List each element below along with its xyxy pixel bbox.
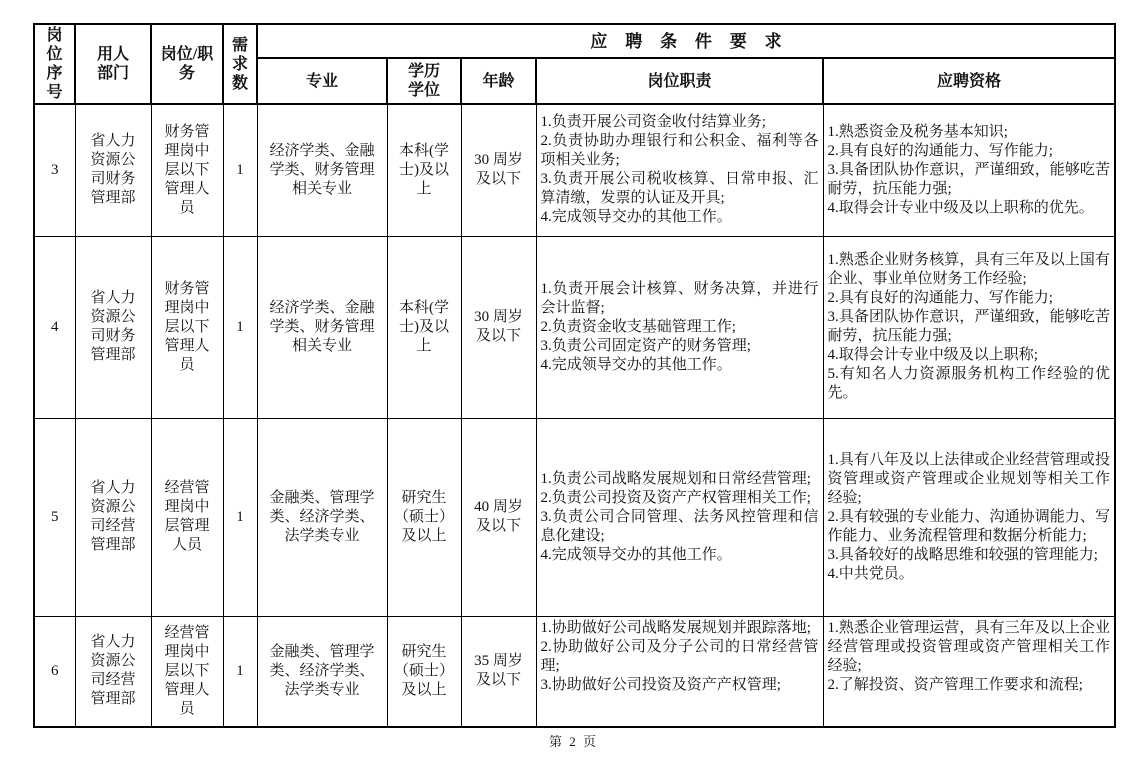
col-header-dept-label: 用人部门 — [95, 45, 130, 83]
qual-item: 3.具备团队协作意识，严谨细致，能够吃苦耐劳，抗压能力强; — [828, 308, 1111, 346]
age-text: 40 周岁及以下 — [470, 498, 527, 536]
cell-major: 经济学类、金融学类、财务管理相关专业 — [257, 236, 387, 418]
qual-item: 4.中共党员。 — [828, 565, 1111, 584]
table-row: 3 省人力资源公司财务管理部 财务管理岗中层以下管理人员 1 经济学类、金融学类… — [34, 104, 1115, 236]
cell-count: 1 — [223, 236, 257, 418]
col-header-degree: 学历学位 — [387, 58, 461, 104]
major-text: 经济学类、金融学类、财务管理相关专业 — [268, 142, 376, 199]
col-header-duties: 岗位职责 — [536, 58, 823, 104]
col-header-seq-label: 岗位序号 — [46, 26, 64, 102]
duty-item: 1.协助做好公司战略发展规划并跟踪落地; — [541, 619, 819, 638]
col-header-age: 年龄 — [461, 58, 536, 104]
position-text: 财务管理岗中层以下管理人员 — [163, 280, 211, 375]
cell-major: 金融类、管理学类、经济学类、法学类专业 — [257, 616, 387, 727]
position-text: 经营管理岗中层管理人员 — [163, 479, 211, 555]
cell-quals: 1.熟悉企业财务核算，具有三年及以上国有企业、事业单位财务工作经验; 2.具有良… — [823, 236, 1115, 418]
cell-count: 1 — [223, 616, 257, 727]
age-text: 35 周岁及以下 — [470, 652, 527, 690]
qual-item: 1.具有八年及以上法律或企业经营管理或投资管理或资产管理或企业规划等相关工作经验… — [828, 451, 1111, 508]
cell-count: 1 — [223, 104, 257, 236]
col-header-count: 需求数 — [223, 24, 257, 104]
cell-age: 30 周岁及以下 — [461, 236, 536, 418]
duty-item: 4.完成领导交办的其他工作。 — [541, 546, 819, 565]
cell-duties: 1.负责开展公司资金收付结算业务; 2.负责协助办理银行和公积金、福利等各项相关… — [536, 104, 823, 236]
cell-age: 40 周岁及以下 — [461, 418, 536, 616]
qual-item: 1.熟悉资金及税务基本知识; — [828, 123, 1111, 142]
cell-quals: 1.熟悉资金及税务基本知识; 2.具有良好的沟通能力、写作能力; 3.具备团队协… — [823, 104, 1115, 236]
qual-item: 2.具有良好的沟通能力、写作能力; — [828, 289, 1111, 308]
cell-major: 金融类、管理学类、经济学类、法学类专业 — [257, 418, 387, 616]
qual-item: 2.了解投资、资产管理工作要求和流程; — [828, 676, 1111, 695]
cell-degree: 本科(学士)及以上 — [387, 104, 461, 236]
recruitment-table: 岗位序号 用人部门 岗位/职务 需求数 应聘条件要求 专业 学历学位 年龄 岗位… — [33, 23, 1116, 728]
qual-item: 4.取得会计专业中级及以上职称; — [828, 346, 1111, 365]
cell-major: 经济学类、金融学类、财务管理相关专业 — [257, 104, 387, 236]
table-row: 6 省人力资源公司经营管理部 经营管理岗中层以下管理人员 1 金融类、管理学类、… — [34, 616, 1115, 727]
age-text: 30 周岁及以下 — [470, 308, 527, 346]
cell-dept: 省人力资源公司财务管理部 — [75, 104, 151, 236]
dept-text: 省人力资源公司财务管理部 — [89, 132, 137, 208]
degree-text: 研究生（硕士）及以上 — [392, 643, 457, 700]
page-number: 第 2 页 — [33, 731, 1114, 750]
age-text: 30 周岁及以下 — [470, 151, 527, 189]
cell-degree: 研究生（硕士）及以上 — [387, 418, 461, 616]
major-text: 经济学类、金融学类、财务管理相关专业 — [268, 299, 376, 356]
duty-item: 1.负责开展会计核算、财务决算，并进行会计监督; — [541, 280, 819, 318]
cell-dept: 省人力资源公司经营管理部 — [75, 418, 151, 616]
cell-position: 经营管理岗中层以下管理人员 — [151, 616, 223, 727]
qual-item: 3.具备较好的战略思维和较强的管理能力; — [828, 546, 1111, 565]
cell-duties: 1.负责开展会计核算、财务决算，并进行会计监督; 2.负责资金收支基础管理工作;… — [536, 236, 823, 418]
cell-degree: 本科(学士)及以上 — [387, 236, 461, 418]
degree-text: 研究生（硕士）及以上 — [392, 489, 457, 546]
duty-item: 2.负责公司投资及资产产权管理相关工作; — [541, 489, 819, 508]
cell-seq: 3 — [34, 104, 75, 236]
cell-position: 财务管理岗中层以下管理人员 — [151, 104, 223, 236]
duty-item: 3.负责开展公司税收核算、日常申报、汇算清缴，发票的认证及开具; — [541, 170, 819, 208]
col-header-seq: 岗位序号 — [34, 24, 75, 104]
col-header-dept: 用人部门 — [75, 24, 151, 104]
degree-text: 本科(学士)及以上 — [392, 299, 457, 356]
dept-text: 省人力资源公司经营管理部 — [89, 633, 137, 709]
duty-item: 3.负责公司固定资产的财务管理; — [541, 337, 819, 356]
cell-dept: 省人力资源公司经营管理部 — [75, 616, 151, 727]
cell-duties: 1.负责公司战略发展规划和日常经营管理; 2.负责公司投资及资产产权管理相关工作… — [536, 418, 823, 616]
cell-seq: 6 — [34, 616, 75, 727]
qual-item: 4.取得会计专业中级及以上职称的优先。 — [828, 199, 1111, 218]
duty-item: 1.负责公司战略发展规划和日常经营管理; — [541, 470, 819, 489]
requirements-group-label: 应聘条件要求 — [259, 32, 1113, 51]
cell-dept: 省人力资源公司财务管理部 — [75, 236, 151, 418]
cell-count: 1 — [223, 418, 257, 616]
col-header-requirements-group: 应聘条件要求 — [257, 24, 1115, 58]
major-text: 金融类、管理学类、经济学类、法学类专业 — [268, 489, 376, 546]
cell-position: 经营管理岗中层管理人员 — [151, 418, 223, 616]
duty-item: 2.协助做好公司及分子公司的日常经营管理; — [541, 638, 819, 676]
cell-quals: 1.具有八年及以上法律或企业经营管理或投资管理或资产管理或企业规划等相关工作经验… — [823, 418, 1115, 616]
duty-item: 4.完成领导交办的其他工作。 — [541, 356, 819, 375]
qual-item: 2.具有较强的专业能力、沟通协调能力、写作能力、业务流程管理和数据分析能力; — [828, 508, 1111, 546]
position-text: 经营管理岗中层以下管理人员 — [163, 624, 211, 719]
position-text: 财务管理岗中层以下管理人员 — [163, 123, 211, 218]
duty-item: 2.负责资金收支基础管理工作; — [541, 318, 819, 337]
col-header-position-label: 岗位/职务 — [157, 45, 216, 83]
table-row: 5 省人力资源公司经营管理部 经营管理岗中层管理人员 1 金融类、管理学类、经济… — [34, 418, 1115, 616]
cell-age: 35 周岁及以下 — [461, 616, 536, 727]
duty-item: 3.负责公司合同管理、法务风控管理和信息化建设; — [541, 508, 819, 546]
document-page: 岗位序号 用人部门 岗位/职务 需求数 应聘条件要求 专业 学历学位 年龄 岗位… — [0, 0, 1146, 769]
qual-item: 2.具有良好的沟通能力、写作能力; — [828, 142, 1111, 161]
col-header-count-label: 需求数 — [231, 36, 249, 93]
cell-seq: 4 — [34, 236, 75, 418]
duty-item: 2.负责协助办理银行和公积金、福利等各项相关业务; — [541, 132, 819, 170]
dept-text: 省人力资源公司经营管理部 — [89, 479, 137, 555]
col-header-position: 岗位/职务 — [151, 24, 223, 104]
col-header-major: 专业 — [257, 58, 387, 104]
degree-text: 本科(学士)及以上 — [392, 142, 457, 199]
col-header-degree-label: 学历学位 — [406, 62, 441, 100]
table-row: 4 省人力资源公司财务管理部 财务管理岗中层以下管理人员 1 经济学类、金融学类… — [34, 236, 1115, 418]
cell-duties: 1.协助做好公司战略发展规划并跟踪落地; 2.协助做好公司及分子公司的日常经营管… — [536, 616, 823, 727]
cell-degree: 研究生（硕士）及以上 — [387, 616, 461, 727]
qual-item: 1.熟悉企业管理运营，具有三年及以上企业经营管理或投资管理或资产管理相关工作经验… — [828, 619, 1111, 676]
qual-item: 1.熟悉企业财务核算，具有三年及以上国有企业、事业单位财务工作经验; — [828, 251, 1111, 289]
duty-item: 3.协助做好公司投资及资产产权管理; — [541, 676, 819, 695]
duty-item: 4.完成领导交办的其他工作。 — [541, 208, 819, 227]
cell-quals: 1.熟悉企业管理运营，具有三年及以上企业经营管理或投资管理或资产管理相关工作经验… — [823, 616, 1115, 727]
cell-position: 财务管理岗中层以下管理人员 — [151, 236, 223, 418]
cell-age: 30 周岁及以下 — [461, 104, 536, 236]
cell-seq: 5 — [34, 418, 75, 616]
major-text: 金融类、管理学类、经济学类、法学类专业 — [268, 643, 376, 700]
dept-text: 省人力资源公司财务管理部 — [89, 289, 137, 365]
duty-item: 1.负责开展公司资金收付结算业务; — [541, 113, 819, 132]
col-header-quals: 应聘资格 — [823, 58, 1115, 104]
qual-item: 5.有知名人力资源服务机构工作经验的优先。 — [828, 365, 1111, 403]
qual-item: 3.具备团队协作意识，严谨细致，能够吃苦耐劳，抗压能力强; — [828, 161, 1111, 199]
